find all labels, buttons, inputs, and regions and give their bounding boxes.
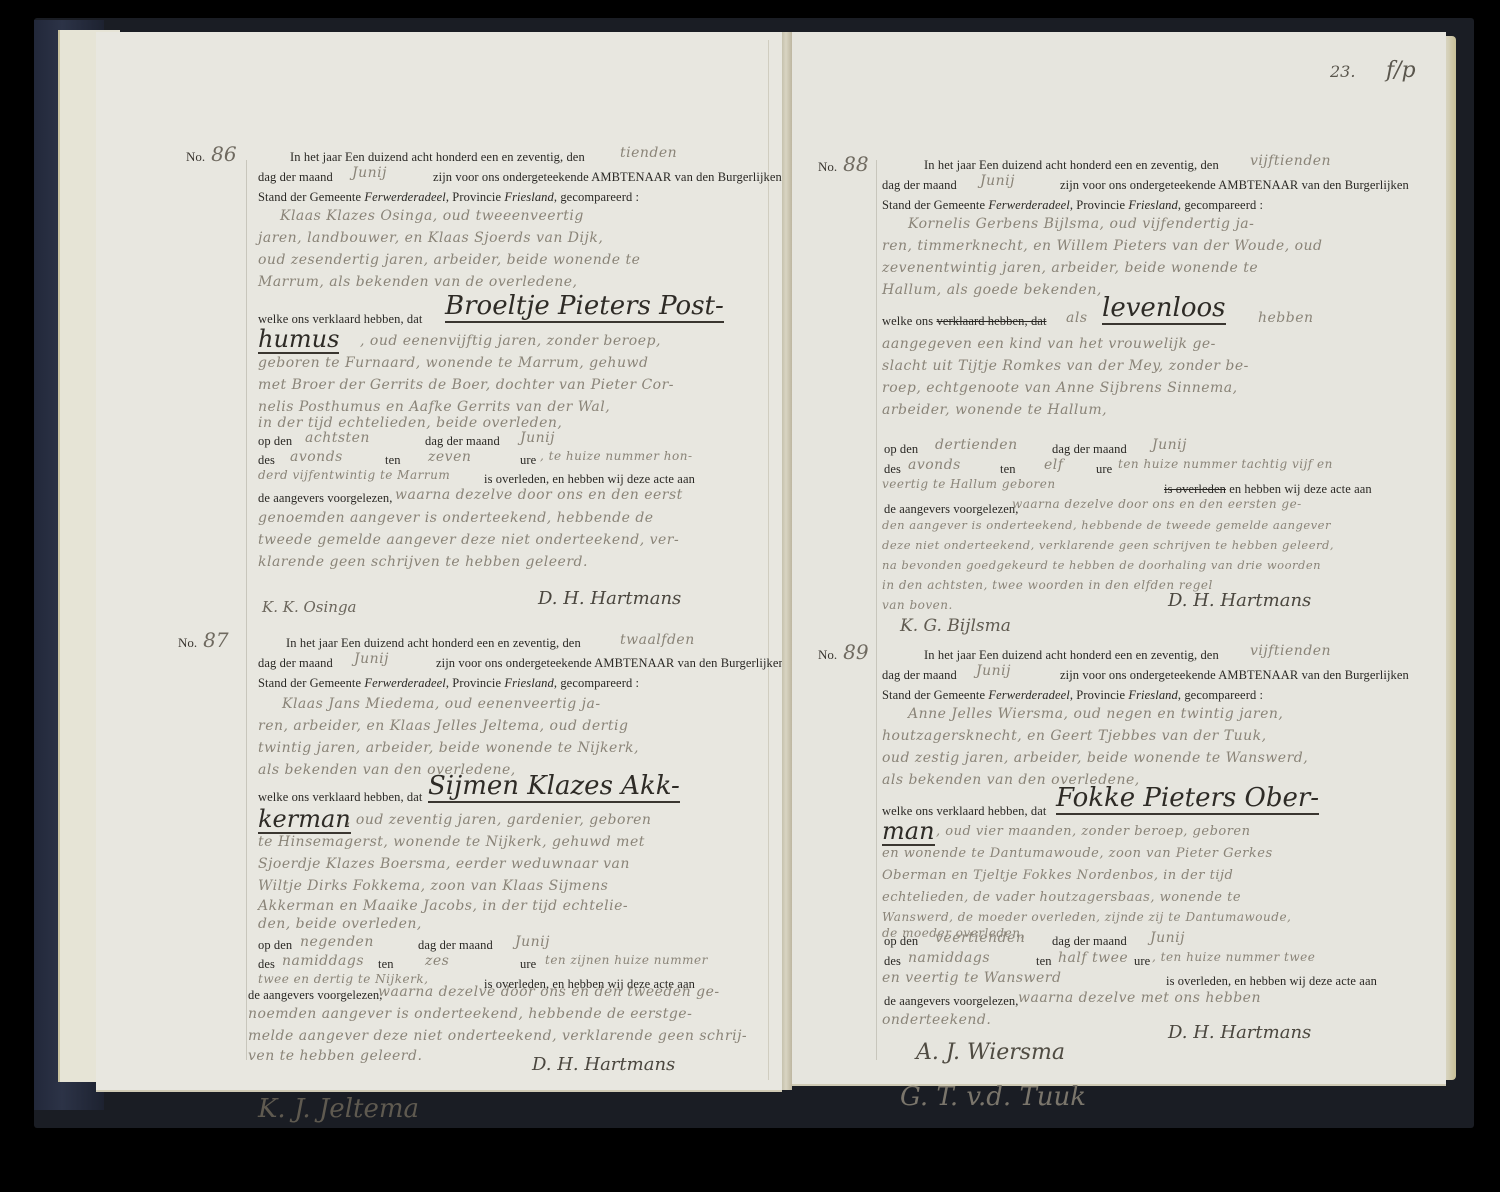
entry86-aangevers: de aangevers voorgelezen, [258,491,393,506]
entry89-closing-2: onderteekend. [882,1012,991,1028]
entry89-place-1: , ten huize nummer twee [1152,950,1315,964]
entry86-closing-4: klarende geen schrijven te hebben geleer… [258,554,588,570]
entry87-closing-2: noemden aangever is onderteekend, hebben… [248,1006,692,1022]
entry89-aangevers: de aangevers voorgelezen, [884,994,1019,1009]
entry89-details-5: Wanswerd, de moeder overleden, zijnde zi… [882,910,1291,924]
entry89-stand-line: Stand der Gemeente Ferwerderadeel, Provi… [882,688,1263,703]
entry89-daypart: namiddags [908,950,990,966]
entry86-deceased-name-cont: humus [258,326,339,354]
entry88-official-line: zijn voor ons ondergeteekende AMBTENAAR … [1060,178,1409,193]
entry88-closing-3: deze niet onderteekend, verklarende geen… [882,538,1334,552]
entry87-declared: welke ons verklaard hebben, dat [258,790,423,805]
entry88-details-2: slacht uit Tijtje Romkes van der Mey, zo… [882,358,1249,374]
entry87-aangevers: de aangevers voorgelezen, [248,988,383,1003]
entry87-month: Junij [354,651,389,667]
entry88-place-2: veertig te Hallum geboren [882,477,1056,491]
entry88-closing-2: den aangever is onderteekend, hebbende d… [882,518,1331,532]
entry87-details-1: , oud zeventig jaren, gardenier, geboren [346,812,651,828]
entry88-on-month-label: dag der maand [1052,442,1127,457]
entry88-witness-signature: K. G. Bijlsma [900,616,1011,636]
entry89-witness-line-1: Anne Jelles Wiersma, oud negen en twinti… [908,706,1283,722]
entry88-overleden: is overleden en hebben wij deze acte aan [1164,482,1372,497]
entry86-on-month-label: dag der maand [425,434,500,449]
entry88-stand-line: Stand der Gemeente Ferwerderadeel, Provi… [882,198,1263,213]
book-gutter [782,32,792,1090]
entry-number-88: No.88 [818,152,869,176]
entry89-place-2: en veertig te Wanswerd [882,970,1061,986]
entry86-details-5: in der tijd echtelieden, beide overleden… [258,415,562,431]
entry-number-86: No.86 [186,142,237,166]
entry88-details-3: roep, echtgenoote van Anne Sijbrens Sinn… [882,380,1238,396]
entry89-ure-label: ure [1134,954,1150,969]
entry88-death-month: Junij [1152,437,1187,453]
entry87-death-day: negenden [300,934,374,950]
entry89-day: vijftienden [1250,643,1331,659]
entry89-details-4: echtelieden, de vader houtzagersbaas, wo… [882,890,1241,905]
entry86-witness-line-1: Klaas Klazes Osinga, oud tweeenveertig [280,208,584,224]
entry86-deceased-name: Broeltje Pieters Post- [445,292,724,323]
entry86-details-2: geboren te Furnaard, wonende te Marrum, … [258,355,648,371]
entry86-ure-label: ure [520,453,536,468]
entry87-hour: zes [425,953,449,969]
entry87-official-signature: D. H. Hartmans [532,1054,675,1075]
entry88-place-1: ten huize nummer tachtig vijf en [1118,457,1333,471]
entry86-day: tienden [620,145,677,161]
entry89-on-month-label: dag der maand [1052,934,1127,949]
struck-text: verklaard hebben, dat [936,314,1046,328]
entry88-deceased-prefix: als [1066,310,1088,326]
entry86-death-month: Junij [520,430,555,446]
entry89-witness-signature-2: G. T. v.d. Tuuk [900,1082,1086,1112]
entry87-details-4: Wiltje Dirks Fokkema, zoon van Klaas Sij… [258,878,608,894]
entry88-witness-line-4: Hallum, als goede bekenden, [882,282,1102,298]
entry87-witness-line-1: Klaas Jans Miedema, oud eenenveertig ja- [282,696,601,712]
entry89-closing-1: waarna dezelve met ons hebben [1018,990,1261,1006]
entry86-place-1: , te huize nummer hon- [540,449,693,463]
entry87-closing-1: waarna dezelve door ons en den tweeden g… [378,984,720,1000]
entry88-month: Junij [980,173,1015,189]
entry86-ten-label: ten [385,453,401,468]
entry87-details-2: te Hinsemagerst, wonende te Nijkerk, geh… [258,834,645,850]
entry88-witness-line-2: ren, timmerknecht, en Willem Pieters van… [882,238,1323,254]
entry88-declared: welke ons verklaard hebben, dat [882,314,1047,329]
entry87-closing-3: melde aangever deze niet onderteekend, v… [248,1028,747,1044]
entry89-details-1: , oud vier maanden, zonder beroep, gebor… [936,824,1251,839]
entry88-closing-6: van boven. [882,598,953,612]
entry86-details-1: , oud eenenvijftig jaren, zonder beroep, [360,333,661,349]
entry88-deceased-name: levenloos [1102,294,1226,325]
entry88-witness-line-1: Kornelis Gerbens Bijlsma, oud vijfendert… [908,216,1254,232]
entry88-closing-1: waarna dezelve door ons en den eersten g… [1012,497,1302,511]
entry86-details-4: nelis Posthumus en Aafke Gerrits van der… [258,399,610,415]
entry86-month-line: dag der maand [258,170,333,185]
left-page-edge-rule [768,40,769,1080]
entry89-intro-line: In het jaar Een duizend acht honderd een… [924,648,1219,663]
entry89-month-line: dag der maand [882,668,957,683]
entry88-month-line: dag der maand [882,178,957,193]
entry86-witness-signature: K. K. Osinga [262,598,356,616]
entry87-details-3: Sjoerdje Klazes Boersma, eerder weduwnaa… [258,856,630,872]
entry87-intro-line: In het jaar Een duizend acht honderd een… [286,636,581,651]
entry87-on-label: op den [258,938,292,953]
entry88-des-label: des [884,462,901,477]
entry86-month: Junij [352,165,387,181]
entry87-ure-label: ure [520,957,536,972]
entry-number-87: No.87 [178,628,229,652]
entry89-death-month: Junij [1150,930,1185,946]
entry86-details-3: met Broer der Gerrits de Boer, dochter v… [258,377,674,393]
entry87-official-line: zijn voor ons ondergeteekende AMBTENAAR … [436,656,785,671]
entry87-des-label: des [258,957,275,972]
entry87-stand-line: Stand der Gemeente Ferwerderadeel, Provi… [258,676,639,691]
entry87-month-line: dag der maand [258,656,333,671]
entry88-details-4: arbeider, wonende te Hallum, [882,402,1107,418]
entry86-official-signature: D. H. Hartmans [538,588,681,609]
entry88-daypart: avonds [908,457,961,473]
entry87-death-month: Junij [515,934,550,950]
entry87-witness-line-2: ren, arbeider, en Klaas Jelles Jeltema, … [258,718,628,734]
entry89-witness-signature-1: A. J. Wiersma [916,1040,1065,1065]
entry87-place-1: ten zijnen huize nummer [545,953,708,967]
entry86-official-line: zijn voor ons ondergeteekende AMBTENAAR … [433,170,782,185]
entry86-witness-line-3: oud zesendertig jaren, arbeider, beide w… [258,252,640,268]
entry89-deceased-name: Fokke Pieters Ober- [1056,784,1319,815]
entry86-daypart: avonds [290,449,343,465]
entry87-witness-line-3: twintig jaren, arbeider, beide wonende t… [258,740,639,756]
entry89-official-line: zijn voor ons ondergeteekende AMBTENAAR … [1060,668,1409,683]
entry86-place-2: derd vijfentwintig te Marrum [258,468,450,482]
entry86-hour: zeven [428,449,471,465]
entry87-details-6: den, beide overleden, [258,916,422,932]
entry88-hour: elf [1044,457,1063,473]
entry87-closing-4: ven te hebben geleerd. [248,1048,422,1064]
page-number: 23. [1330,62,1355,81]
entry87-day: twaalfden [620,632,695,648]
entry88-day: vijftienden [1250,153,1331,169]
entry88-aangevers: de aangevers voorgelezen, [884,502,1019,517]
entry86-intro-line: In het jaar Een duizend acht honderd een… [290,150,585,165]
entry88-details-1: aangegeven een kind van het vrouwelijk g… [882,336,1216,352]
entry89-witness-line-2: houtzagersknecht, en Geert Tjebbes van d… [882,728,1267,744]
entry87-daypart: namiddags [282,953,364,969]
entry88-death-day: dertienden [935,437,1018,453]
entry86-overleden: is overleden, en hebben wij deze acte aa… [484,472,695,487]
entry89-month: Junij [976,663,1011,679]
entry87-deceased-name: Sijmen Klazes Akk- [428,772,680,803]
entry89-overleden: is overleden, en hebben wij deze acte aa… [1166,974,1377,989]
entry88-official-signature: D. H. Hartmans [1168,590,1311,611]
entry88-closing-4: na bevonden goedgekeurd te hebben de doo… [882,558,1321,572]
entry86-on-label: op den [258,434,292,449]
entry89-details-2: en wonende te Dantumawoude, zoon van Pie… [882,846,1273,861]
entry88-intro-line: In het jaar Een duizend acht honderd een… [924,158,1219,173]
entry88-closing-5: in den achtsten, twee woorden in den elf… [882,578,1213,592]
entry88-ure-label: ure [1096,462,1112,477]
entry89-hour: half twee [1058,950,1128,966]
entry89-official-signature: D. H. Hartmans [1168,1022,1311,1043]
folio-mark: f/p [1386,58,1416,83]
entry88-ten-label: ten [1000,462,1016,477]
entry86-closing-1: waarna dezelve door ons en den eerst [395,487,683,503]
entry88-on-label: op den [884,442,918,457]
right-margin-rule [876,160,877,1060]
entry86-closing-2: genoemden aangever is onderteekend, hebb… [258,510,654,526]
entry89-witness-line-3: oud zestig jaren, arbeider, beide wonend… [882,750,1308,766]
entry86-stand-line: Stand der Gemeente Ferwerderadeel, Provi… [258,190,639,205]
entry89-des-label: des [884,954,901,969]
struck-text: is overleden [1164,482,1226,496]
entry87-on-month-label: dag der maand [418,938,493,953]
entry89-death-day: veertienden [935,930,1025,946]
entry87-details-5: Akkerman en Maaike Jacobs, in der tijd e… [258,898,628,914]
entry-number-89: No.89 [818,640,869,664]
entry88-deceased-suffix: hebben [1258,310,1314,326]
entry86-witness-line-4: Marrum, als bekenden van de overledene, [258,274,577,290]
entry86-des-label: des [258,453,275,468]
entry89-details-3: Oberman en Tjeltje Fokkes Nordenbos, in … [882,868,1233,883]
entry87-witness-signature: K. J. Jeltema [258,1094,419,1124]
right-page-edge [1446,36,1456,1080]
entry89-ten-label: ten [1036,954,1052,969]
entry89-on-label: op den [884,934,918,949]
entry87-ten-label: ten [378,957,394,972]
entry89-deceased-name-cont: man [882,818,935,846]
entry87-deceased-name-cont: kerman [258,806,351,834]
entry88-witness-line-3: zevenentwintig jaren, arbeider, beide wo… [882,260,1258,276]
entry86-death-day: achtsten [305,430,370,446]
entry86-witness-line-2: jaren, landbouwer, en Klaas Sjoerds van … [258,230,603,246]
entry86-closing-3: tweede gemelde aangever deze niet ondert… [258,532,679,548]
left-margin-rule [246,160,247,1060]
